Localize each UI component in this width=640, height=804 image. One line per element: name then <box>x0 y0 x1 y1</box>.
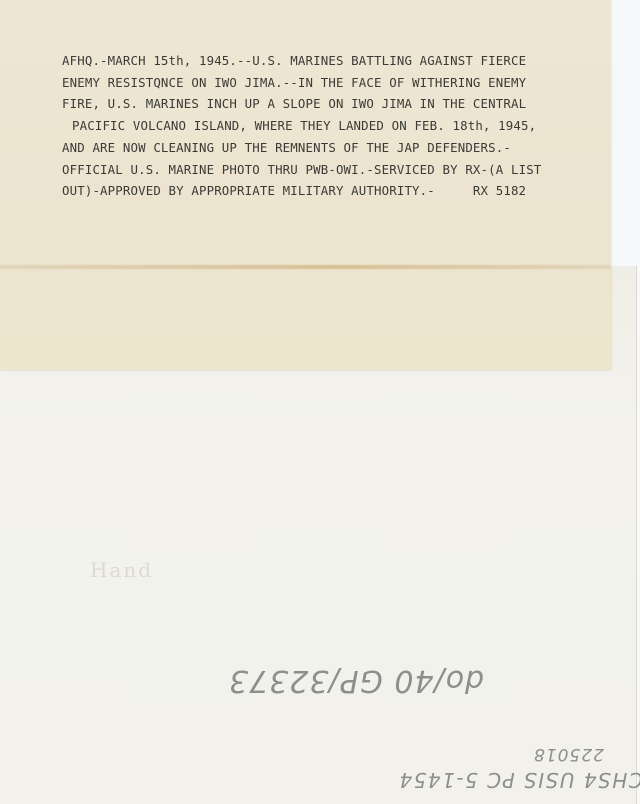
caption-line-text: OUT)-APPROVED BY APPROPRIATE MILITARY AU… <box>62 183 435 198</box>
serial-number: RX 5182 <box>473 180 526 202</box>
caption-line: AND ARE NOW CLEANING UP THE REMNENTS OF … <box>62 137 582 159</box>
caption-line: OFFICIAL U.S. MARINE PHOTO THRU PWB-OWI.… <box>62 159 582 181</box>
caption-line: FIRE, U.S. MARINES INCH UP A SLOPE ON IW… <box>62 93 582 115</box>
caption-line: AFHQ.-MARCH 15th, 1945.--U.S. MARINES BA… <box>62 50 582 72</box>
handwritten-id-number: 225018 <box>533 744 604 764</box>
fold-line <box>0 265 611 269</box>
caption-slip: AFHQ.-MARCH 15th, 1945.--U.S. MARINES BA… <box>0 0 611 370</box>
caption-line: ENEMY RESISTQNCE ON IWO JIMA.--IN THE FA… <box>62 72 582 94</box>
caption-line: PACIFIC VOLCANO ISLAND, WHERE THEY LANDE… <box>62 115 582 137</box>
caption-line-last: OUT)-APPROVED BY APPROPRIATE MILITARY AU… <box>62 180 582 202</box>
handwritten-catalog-number: do/40 GP/32373 <box>228 663 484 698</box>
bleed-through-mark: Hand <box>90 558 200 580</box>
caption-text: AFHQ.-MARCH 15th, 1945.--U.S. MARINES BA… <box>62 50 582 202</box>
handwritten-archive-reference: CHS4 USIS PC 5-1454 <box>398 768 640 792</box>
